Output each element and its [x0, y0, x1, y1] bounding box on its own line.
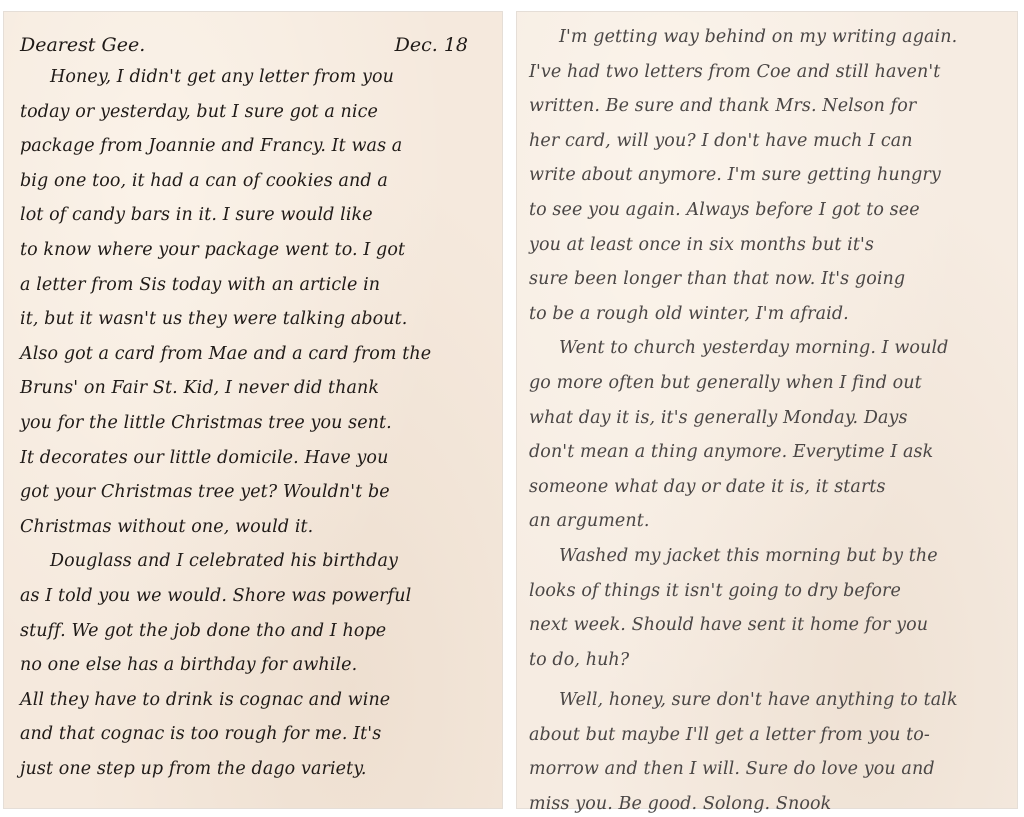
- letter-line: an argument.: [529, 504, 1005, 539]
- letter-line: what day it is, it's generally Monday. D…: [529, 401, 1005, 436]
- letter-page-right: I'm getting way behind on my writing aga…: [517, 12, 1017, 808]
- letter-line: I'm getting way behind on my writing aga…: [529, 20, 1005, 55]
- letter-line: to know where your package went to. I go…: [20, 233, 488, 268]
- letter-line: Also got a card from Mae and a card from…: [20, 337, 488, 372]
- letter-line: it, but it wasn't us they were talking a…: [20, 302, 488, 337]
- letter-line: go more often but generally when I find …: [529, 366, 1005, 401]
- letter-line: her card, will you? I don't have much I …: [529, 124, 1005, 159]
- letter-line: lot of candy bars in it. I sure would li…: [20, 198, 488, 233]
- letter-line: you at least once in six months but it's: [529, 228, 1005, 263]
- letter-page-left: Dearest Gee. Dec. 18 Honey, I didn't get…: [4, 12, 502, 808]
- letter-line: to be a rough old winter, I'm afraid.: [529, 297, 1005, 332]
- salutation: Dearest Gee.: [20, 34, 145, 56]
- letter-line: Christmas without one, would it.: [20, 510, 488, 545]
- letter-line: written. Be sure and thank Mrs. Nelson f…: [529, 89, 1005, 124]
- letter-line: Douglass and I celebrated his birthday: [20, 544, 488, 579]
- letter-line: All they have to drink is cognac and win…: [20, 683, 488, 718]
- letter-signoff: miss you. Be good. Solong. Snook: [529, 787, 1005, 817]
- letter-header: Dearest Gee. Dec. 18: [20, 34, 488, 60]
- letter-line: I've had two letters from Coe and still …: [529, 55, 1005, 90]
- letter-line: just one step up from the dago variety.: [20, 752, 488, 787]
- letter-line: to see you again. Always before I got to…: [529, 193, 1005, 228]
- letter-line: today or yesterday, but I sure got a nic…: [20, 95, 488, 130]
- letter-line: It decorates our little domicile. Have y…: [20, 441, 488, 476]
- letter-line: sure been longer than that now. It's goi…: [529, 262, 1005, 297]
- letter-line: looks of things it isn't going to dry be…: [529, 574, 1005, 609]
- letter-line: package from Joannie and Francy. It was …: [20, 129, 488, 164]
- letter-line: big one too, it had a can of cookies and…: [20, 164, 488, 199]
- letter-line: write about anymore. I'm sure getting hu…: [529, 158, 1005, 193]
- letter-line: Went to church yesterday morning. I woul…: [529, 331, 1005, 366]
- letter-line: next week. Should have sent it home for …: [529, 608, 1005, 643]
- letter-line: a letter from Sis today with an article …: [20, 268, 488, 303]
- letter-line: and that cognac is too rough for me. It'…: [20, 717, 488, 752]
- letter-line: someone what day or date it is, it start…: [529, 470, 1005, 505]
- letter-line: as I told you we would. Shore was powerf…: [20, 579, 488, 614]
- letter-line: no one else has a birthday for awhile.: [20, 648, 488, 683]
- letter-line: got your Christmas tree yet? Wouldn't be: [20, 475, 488, 510]
- letter-line: morrow and then I will. Sure do love you…: [529, 752, 1005, 787]
- letter-line: about but maybe I'll get a letter from y…: [529, 718, 1005, 753]
- letter-line: don't mean a thing anymore. Everytime I …: [529, 435, 1005, 470]
- letter-line: stuff. We got the job done tho and I hop…: [20, 614, 488, 649]
- letter-line: Washed my jacket this morning but by the: [529, 539, 1005, 574]
- letter-line: Well, honey, sure don't have anything to…: [529, 683, 1005, 718]
- letter-line: you for the little Christmas tree you se…: [20, 406, 488, 441]
- letter-line: Honey, I didn't get any letter from you: [20, 60, 488, 95]
- letter-line: Bruns' on Fair St. Kid, I never did than…: [20, 371, 488, 406]
- letter-line: to do, huh?: [529, 643, 1005, 678]
- letter-date: Dec. 18: [395, 34, 468, 56]
